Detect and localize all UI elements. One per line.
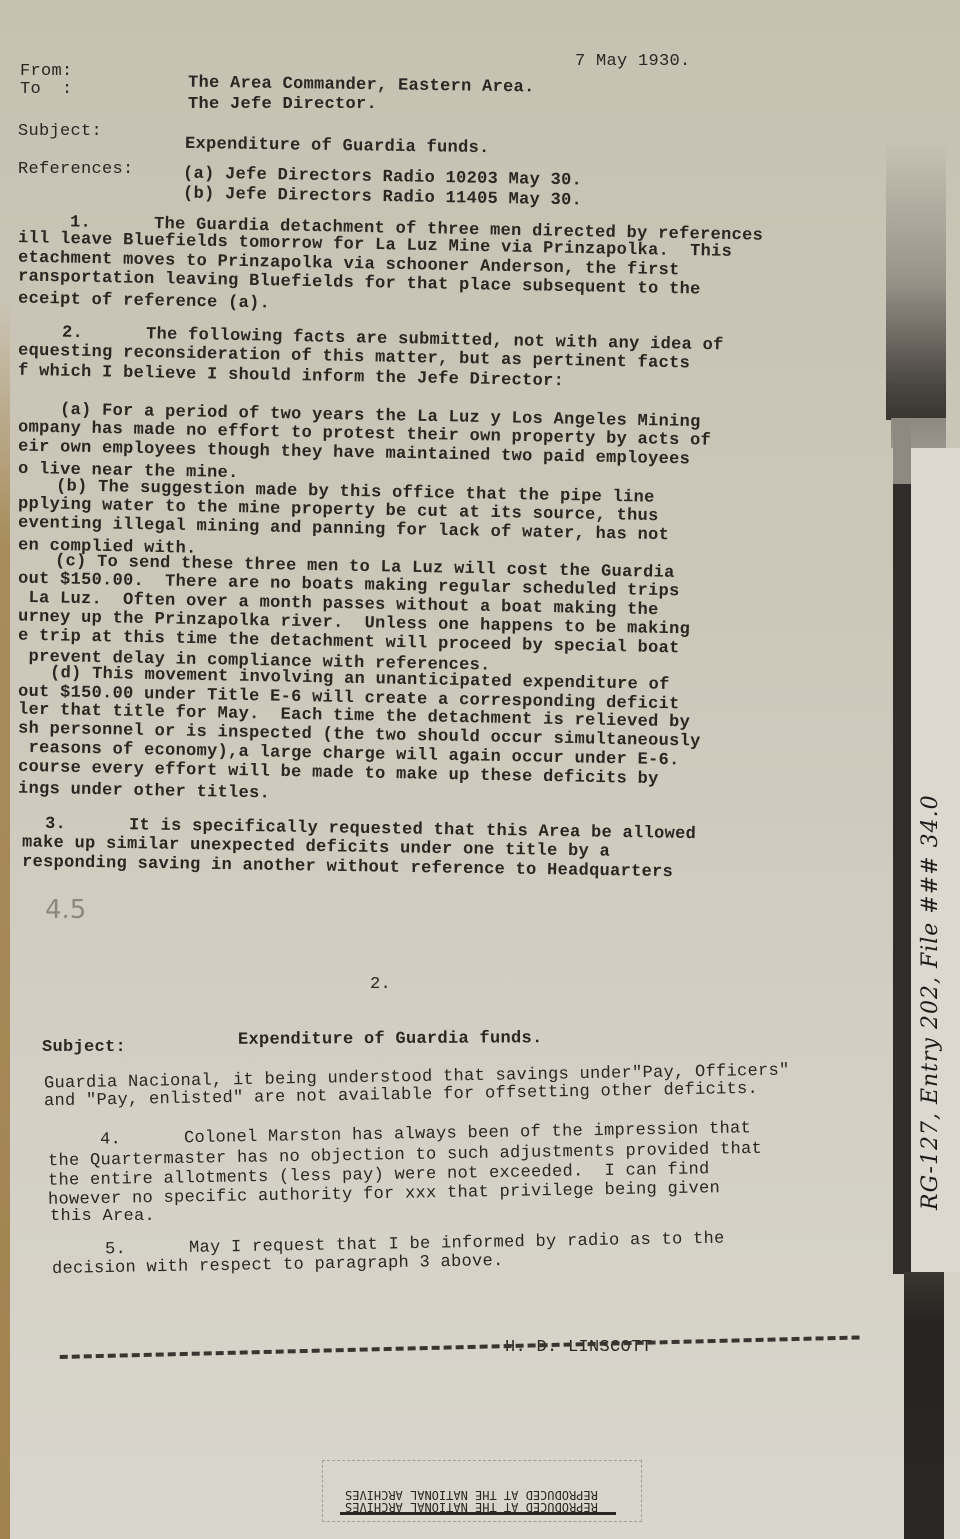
archive-stamp-rule [340,1512,616,1515]
scan-shadow-strip [904,1272,944,1539]
scan-shadow-strip [893,418,911,488]
page2-subject-label: Subject: [42,1038,126,1057]
references-label: References: [18,160,134,179]
from-label: From: [20,62,73,81]
page-number: 2. [370,975,391,994]
subject-value: Expenditure of Guardia funds. [185,135,490,158]
pencil-note: 4.5 [45,895,86,925]
page2-subject-value: Expenditure of Guardia funds. [238,1029,543,1050]
to-label: To : [20,80,73,99]
dashed-separator [60,1335,860,1379]
subject-label: Subject: [18,122,102,141]
from-value: The Area Commander, Eastern Area. [188,74,535,98]
paragraph-line: this Area. [50,1207,155,1226]
paragraph-line: eceipt of reference (a). [18,290,270,314]
document-date: 7 May 1930. [575,52,691,71]
scan-shadow-strip [893,484,911,1274]
scan-shadow-strip [886,140,946,420]
scan-left-edge [0,300,10,1539]
paragraph-line: ings under other titles. [18,780,270,804]
to-value: The Jefe Director. [188,95,377,114]
margin-annotation: RG-127, Entry 202, File ### 34.0 [918,794,943,1210]
document-page: 7 May 1930. From: To : The Area Commande… [0,0,960,1539]
